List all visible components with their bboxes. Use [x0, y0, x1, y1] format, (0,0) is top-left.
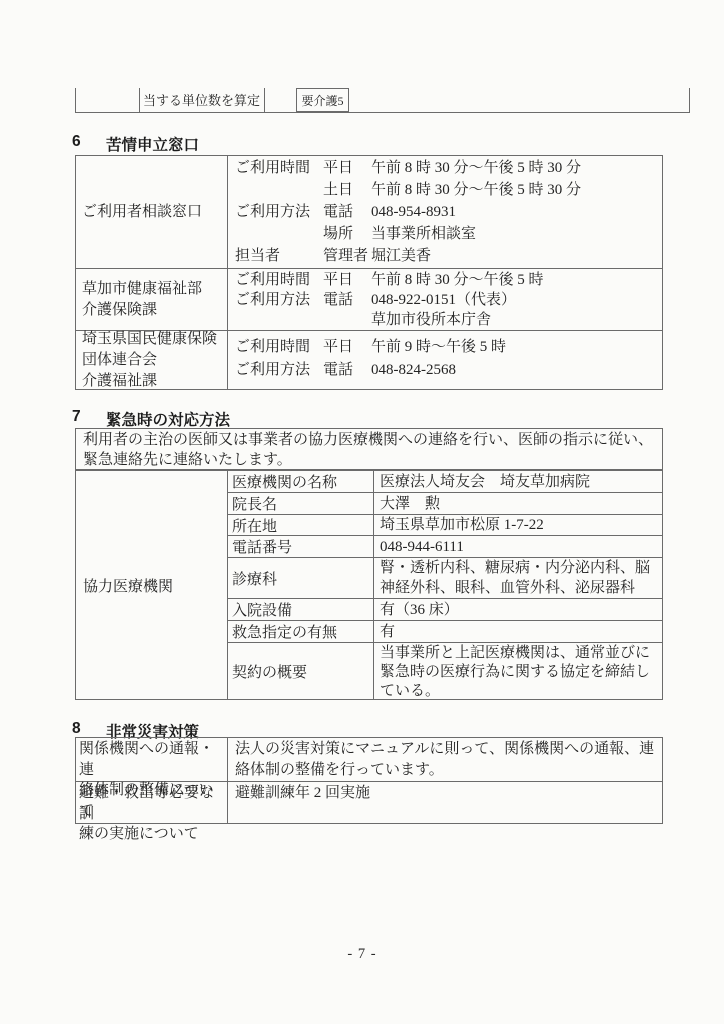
field-label: 避難・救出等必要な訓 練の実施について: [76, 782, 228, 823]
field-label: 医療機関の名称: [228, 471, 374, 492]
field-sublabel: [323, 310, 371, 330]
field-value: 048-922-0151（代表）: [371, 290, 516, 310]
field-label: 所在地: [228, 515, 374, 535]
field-sublabel: 平日: [323, 157, 371, 179]
field-value: 午前 8 時 30 分～午後 5 時 30 分: [371, 157, 581, 179]
table-row: 関係機関への通報・連 絡体制の整備について 法人の災害対策にマニュアルに則って、…: [76, 738, 662, 781]
detail-cell: ご利用時間 平日 午前 8 時 30 分～午後 5 時 ご利用方法 電話 048…: [228, 269, 662, 330]
field-label: 電話番号: [228, 536, 374, 557]
org-line: 埼玉県国民健康保険: [82, 329, 225, 350]
field-value: 048-944-6111: [374, 536, 662, 557]
carryover-table-fragment: 当する単位数を算定 要介護5: [75, 88, 690, 113]
field-label: [235, 179, 323, 201]
field-value: 048-954-8931: [371, 201, 456, 223]
section6-heading: 6 苦情申立窓口: [72, 133, 199, 155]
care-level-box: 要介護5: [296, 88, 349, 112]
table-row: 契約の概要 当事業所と上記医療機関は、通常並びに緊急時の医療行為に関する協定を締…: [228, 642, 662, 700]
org-cell: 埼玉県国民健康保険 団体連合会 介護福祉課: [76, 331, 228, 389]
field-value: 腎・透析内科、糖尿病・内分泌内科、脳神経外科、眼科、血管外科、泌尿器科: [374, 558, 662, 598]
document-page: 当する単位数を算定 要介護5 6 苦情申立窓口 ご利用者相談窓口 ご利用時間 平…: [0, 0, 724, 1024]
section7-number: 7: [72, 408, 106, 430]
field-label: 救急指定の有無: [228, 621, 374, 642]
emergency-procedure-note: 利用者の主治の医師又は事業者の協力医療機関への連絡を行い、医師の指示に従い、緊急…: [75, 428, 663, 470]
page-number: - 7 -: [0, 946, 724, 963]
field-label: 契約の概要: [228, 643, 374, 700]
field-sublabel: 電話: [323, 359, 371, 382]
field-sublabel: 場所: [323, 223, 371, 245]
field-value: 午前 8 時 30 分～午後 5 時 30 分: [371, 179, 581, 201]
org-line: 団体連合会: [82, 350, 225, 371]
field-value: 当事業所相談室: [371, 223, 476, 245]
carryover-cell-text: 当する単位数を算定: [143, 92, 260, 109]
field-label: 入院設備: [228, 599, 374, 620]
field-value: 大澤 勲: [374, 493, 662, 514]
org-line: 草加市健康福祉部: [82, 279, 225, 300]
org-line: 介護保険課: [82, 300, 225, 321]
table-row: 所在地 埼玉県草加市松原 1-7-22: [228, 514, 662, 535]
field-label: 担当者: [235, 245, 323, 267]
field-label: 診療科: [228, 558, 374, 598]
field-value: 埼玉県草加市松原 1-7-22: [374, 515, 662, 535]
field-value: 午前 8 時 30 分～午後 5 時: [371, 270, 544, 290]
org-line: 介護福祉課: [82, 371, 225, 392]
table-row: 避難・救出等必要な訓 練の実施について 避難訓練年 2 回実施: [76, 781, 662, 823]
field-sublabel: 電話: [323, 201, 371, 223]
table-row: 入院設備 有（36 床）: [228, 598, 662, 620]
field-value: 法人の災害対策にマニュアルに則って、関係機関への通報、連絡体制の整備を行っていま…: [228, 738, 662, 781]
table-row: 院長名 大澤 勲: [228, 492, 662, 514]
table-column-divider: [139, 88, 140, 112]
field-value: 048-824-2568: [371, 359, 456, 382]
disaster-measures-table: 関係機関への通報・連 絡体制の整備について 法人の災害対策にマニュアルに則って、…: [75, 737, 663, 824]
field-label: 院長名: [228, 493, 374, 514]
field-value: 有: [374, 621, 662, 642]
field-value: 当事業所と上記医療機関は、通常並びに緊急時の医療行為に関する協定を締結している。: [374, 643, 662, 700]
section7-heading: 7 緊急時の対応方法: [72, 408, 230, 430]
field-label: [235, 310, 323, 330]
row-group-header: 協力医療機関: [76, 471, 228, 699]
field-sublabel: 土日: [323, 179, 371, 201]
detail-cell: ご利用時間 平日 午前 9 時～午後 5 時 ご利用方法 電話 048-824-…: [228, 331, 662, 389]
field-sublabel: 平日: [323, 336, 371, 359]
field-label: [235, 223, 323, 245]
field-label: ご利用方法: [235, 290, 323, 310]
table-row: 救急指定の有無 有: [228, 620, 662, 642]
care-level-label: 要介護5: [301, 92, 343, 109]
org-line: ご利用者相談窓口: [82, 202, 225, 223]
field-label: ご利用方法: [235, 201, 323, 223]
table-row: 埼玉県国民健康保険 団体連合会 介護福祉課 ご利用時間 平日 午前 9 時～午後…: [76, 330, 662, 389]
field-value: 午前 9 時～午後 5 時: [371, 336, 506, 359]
field-label: ご利用時間: [235, 157, 323, 179]
field-label: ご利用時間: [235, 270, 323, 290]
org-cell: ご利用者相談窓口: [76, 156, 228, 268]
field-label: 関係機関への通報・連 絡体制の整備について: [76, 738, 228, 781]
table-row: ご利用者相談窓口 ご利用時間 平日 午前 8 時 30 分～午後 5 時 30 …: [76, 156, 662, 268]
field-sublabel: 管理者: [323, 245, 371, 267]
field-value: 医療法人埼友会 埼友草加病院: [374, 471, 662, 492]
complaint-contacts-table: ご利用者相談窓口 ご利用時間 平日 午前 8 時 30 分～午後 5 時 30 …: [75, 155, 663, 390]
section6-number: 6: [72, 133, 106, 155]
table-column-divider: [264, 88, 265, 112]
org-cell: 草加市健康福祉部 介護保険課: [76, 269, 228, 330]
field-value: 堀江美香: [371, 245, 431, 267]
field-value: 避難訓練年 2 回実施: [228, 782, 662, 823]
field-value: 有（36 床）: [374, 599, 662, 620]
detail-cell: ご利用時間 平日 午前 8 時 30 分～午後 5 時 30 分 土日 午前 8…: [228, 156, 662, 268]
field-sublabel: 電話: [323, 290, 371, 310]
table-row: 草加市健康福祉部 介護保険課 ご利用時間 平日 午前 8 時 30 分～午後 5…: [76, 268, 662, 330]
field-value: 草加市役所本庁舎: [371, 310, 491, 330]
table-row: 医療機関の名称 医療法人埼友会 埼友草加病院: [228, 471, 662, 492]
table-row: 診療科 腎・透析内科、糖尿病・内分泌内科、脳神経外科、眼科、血管外科、泌尿器科: [228, 557, 662, 598]
section7-title: 緊急時の対応方法: [106, 408, 230, 430]
field-label: ご利用方法: [235, 359, 323, 382]
table-row: 電話番号 048-944-6111: [228, 535, 662, 557]
partner-hospital-table: 協力医療機関 医療機関の名称 医療法人埼友会 埼友草加病院 院長名 大澤 勲 所…: [75, 470, 663, 700]
field-label: ご利用時間: [235, 336, 323, 359]
section6-title: 苦情申立窓口: [106, 133, 199, 155]
field-sublabel: 平日: [323, 270, 371, 290]
